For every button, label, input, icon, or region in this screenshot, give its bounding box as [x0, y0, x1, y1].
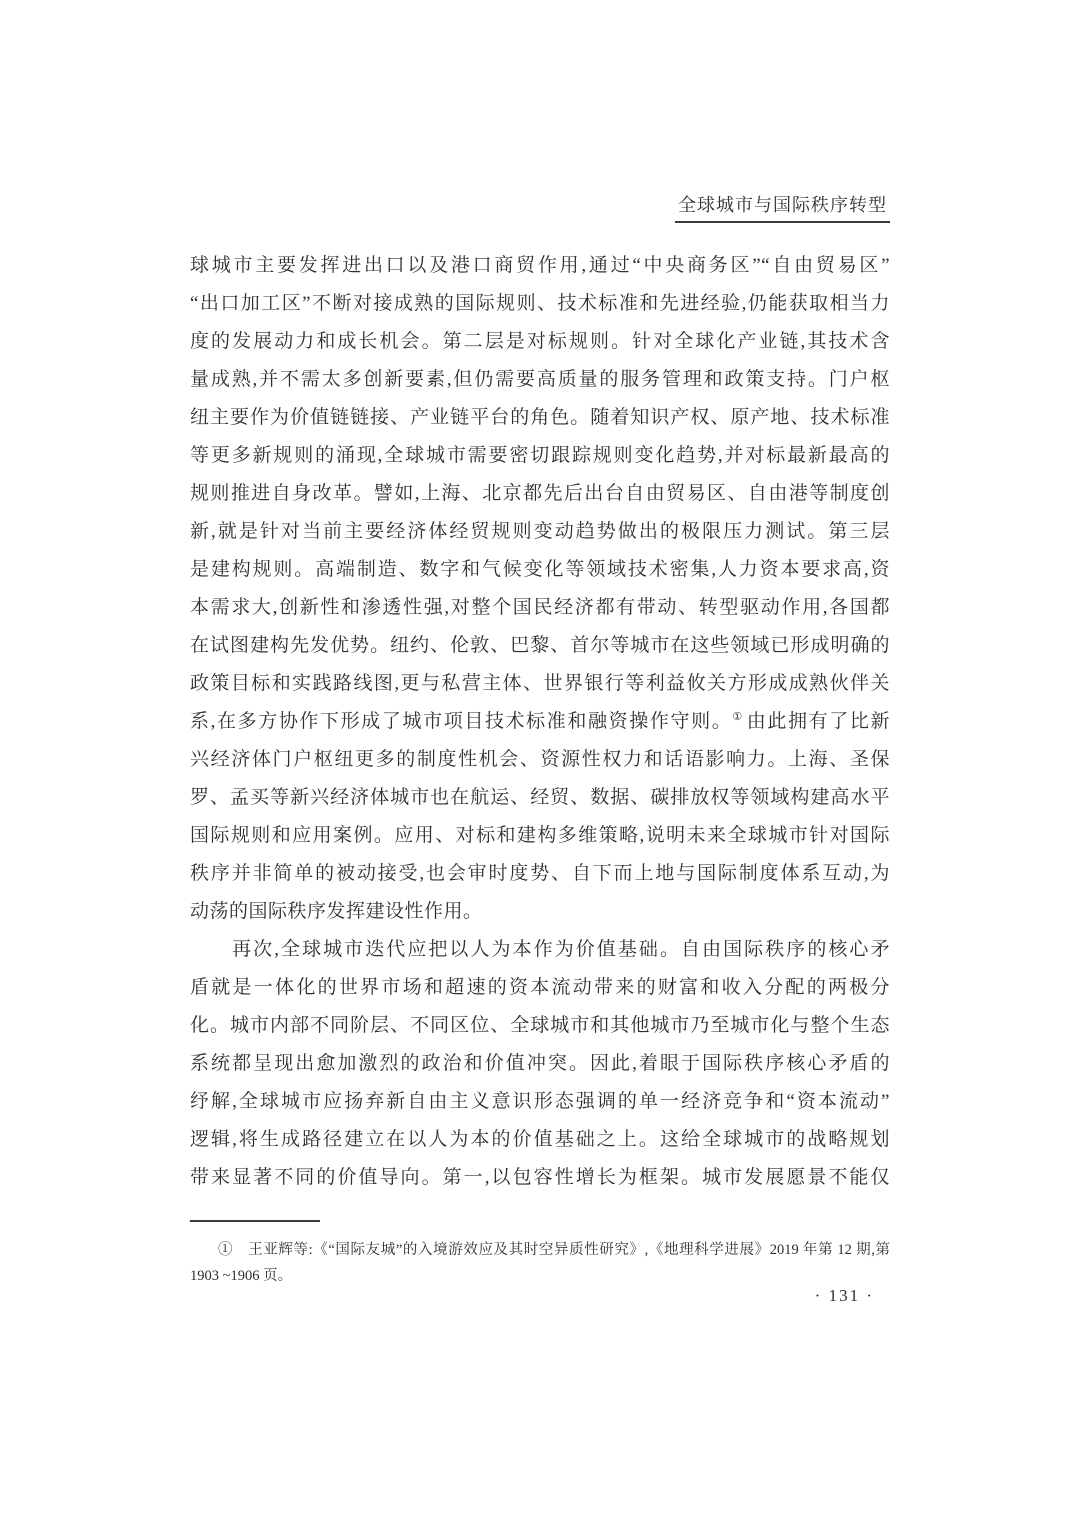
body-line: 盾就是一体化的世界市场和超速的资本流动带来的财富和收入分配的两极分 — [190, 969, 890, 1007]
body-line: 本需求大,创新性和渗透性强,对整个国民经济都有带动、转型驱动作用,各国都 — [190, 589, 890, 627]
body-line: 系统都呈现出愈加激烈的政治和价值冲突。因此,着眼于国际秩序核心矛盾的 — [190, 1045, 890, 1083]
body-line: 纾解,全球城市应扬弃新自由主义意识形态强调的单一经济竞争和“资本流动” — [190, 1083, 890, 1121]
running-header: 全球城市与国际秩序转型 — [190, 193, 890, 223]
body-line: 逻辑,将生成路径建立在以人为本的价值基础之上。这给全球城市的战略规划 — [190, 1121, 890, 1159]
footnote-separator — [190, 1220, 320, 1222]
body-line: 是建构规则。高端制造、数字和气候变化等领域技术密集,人力资本要求高,资 — [190, 551, 890, 589]
footnote-line-1: ① 王亚辉等:《“国际友城”的入境游效应及其时空异质性研究》,《地理科学进展》2… — [190, 1237, 890, 1263]
body-line: 再次,全球城市迭代应把以人为本作为价值基础。自由国际秩序的核心矛 — [190, 931, 890, 969]
body-line: 纽主要作为价值链链接、产业链平台的角色。随着知识产权、原产地、技术标准 — [190, 399, 890, 437]
body-line: 政策目标和实践路线图,更与私营主体、世界银行等利益攸关方形成成熟伙伴关 — [190, 665, 890, 703]
body-line: 秩序并非简单的被动接受,也会审时度势、自下而上地与国际制度体系互动,为 — [190, 855, 890, 893]
body-line: 在试图建构先发优势。纽约、伦敦、巴黎、首尔等城市在这些领域已形成明确的 — [190, 627, 890, 665]
body-line: 规则推进自身改革。譬如,上海、北京都先后出台自由贸易区、自由港等制度创 — [190, 475, 890, 513]
body-line: 兴经济体门户枢纽更多的制度性机会、资源性权力和话语影响力。上海、圣保 — [190, 741, 890, 779]
body-text: 球城市主要发挥进出口以及港口商贸作用,通过“中央商务区”“自由贸易区”“出口加工… — [190, 247, 890, 1197]
document-page: 全球城市与国际秩序转型 球城市主要发挥进出口以及港口商贸作用,通过“中央商务区”… — [0, 0, 1080, 1527]
body-line: 新,就是针对当前主要经济体经贸规则变动趋势做出的极限压力测试。第三层 — [190, 513, 890, 551]
page-header-title: 全球城市与国际秩序转型 — [675, 193, 890, 223]
body-line: 度的发展动力和成长机会。第二层是对标规则。针对全球化产业链,其技术含 — [190, 323, 890, 361]
page-number: · 131 · — [190, 1286, 890, 1306]
body-line: 动荡的国际秩序发挥建设性作用。 — [190, 893, 890, 931]
body-line: 等更多新规则的涌现,全球城市需要密切跟踪规则变化趋势,并对标最新最高的 — [190, 437, 890, 475]
body-line: 球城市主要发挥进出口以及港口商贸作用,通过“中央商务区”“自由贸易区” — [190, 247, 890, 285]
footnote-reference-marker: ① — [732, 711, 743, 723]
footnote: ① 王亚辉等:《“国际友城”的入境游效应及其时空异质性研究》,《地理科学进展》2… — [190, 1237, 890, 1289]
body-line: “出口加工区”不断对接成熟的国际规则、技术标准和先进经验,仍能获取相当力 — [190, 285, 890, 323]
body-line: 国际规则和应用案例。应用、对标和建构多维策略,说明未来全球城市针对国际 — [190, 817, 890, 855]
body-line: 量成熟,并不需太多创新要素,但仍需要高质量的服务管理和政策支持。门户枢 — [190, 361, 890, 399]
body-line: 带来显著不同的价值导向。第一,以包容性增长为框架。城市发展愿景不能仅 — [190, 1159, 890, 1197]
body-line: 罗、孟买等新兴经济体城市也在航运、经贸、数据、碳排放权等领域构建高水平的 — [190, 779, 890, 817]
body-line: 化。城市内部不同阶层、不同区位、全球城市和其他城市乃至城市化与整个生态 — [190, 1007, 890, 1045]
body-line: 系,在多方协作下形成了城市项目技术标准和融资操作守则。①由此拥有了比新 — [190, 703, 890, 741]
